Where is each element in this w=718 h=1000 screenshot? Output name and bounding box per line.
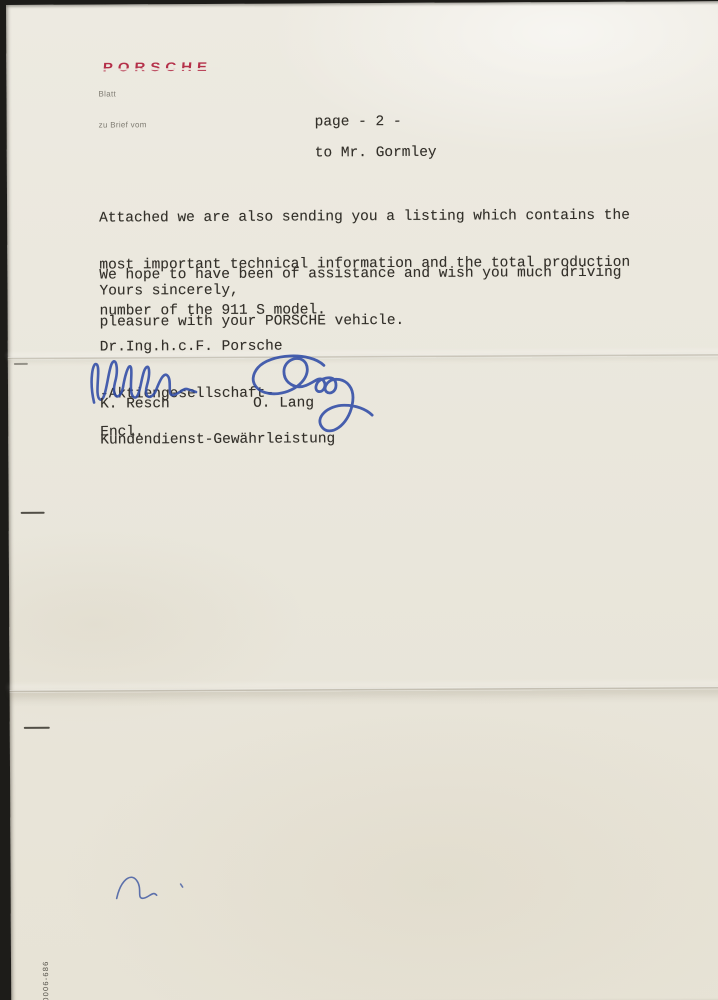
recipient-line: to Mr. Gormley [315, 146, 437, 162]
closing-line: Yours sincerely, [99, 284, 238, 300]
form-number: 0006-686 [41, 960, 50, 1000]
body-line: Attached we are also sending you a listi… [99, 209, 630, 227]
scanned-letter-page: PORSCHE Blatt zu Brief vom page - 2 - to… [0, 0, 718, 1000]
enclosure-line: Encl. [100, 425, 144, 441]
paper-sheet: PORSCHE Blatt zu Brief vom page - 2 - to… [6, 1, 718, 1000]
company-line: Dr.Ing.h.c.F. Porsche [100, 339, 335, 356]
fold-crease-lower [10, 686, 718, 693]
letterhead-reference-label: zu Brief vom [99, 120, 147, 129]
company-signature-block: Dr.Ing.h.c.F. Porsche -Aktiengesellschaf… [100, 308, 336, 480]
fold-crease-lower-shadow [10, 689, 718, 707]
letterhead-sheet-label: Blatt [98, 89, 116, 98]
pen-scribble-mark [111, 864, 201, 914]
fold-mark-lower [24, 727, 50, 729]
fold-mark-faint [14, 363, 28, 365]
page-number-line: page - 2 - [315, 115, 402, 131]
signer-left-name: K. Resch [100, 397, 170, 413]
signer-right-name: O. Lang [253, 396, 314, 412]
body-line: We hope to have been of assistance and w… [99, 266, 621, 284]
fold-mark-upper [21, 512, 45, 514]
